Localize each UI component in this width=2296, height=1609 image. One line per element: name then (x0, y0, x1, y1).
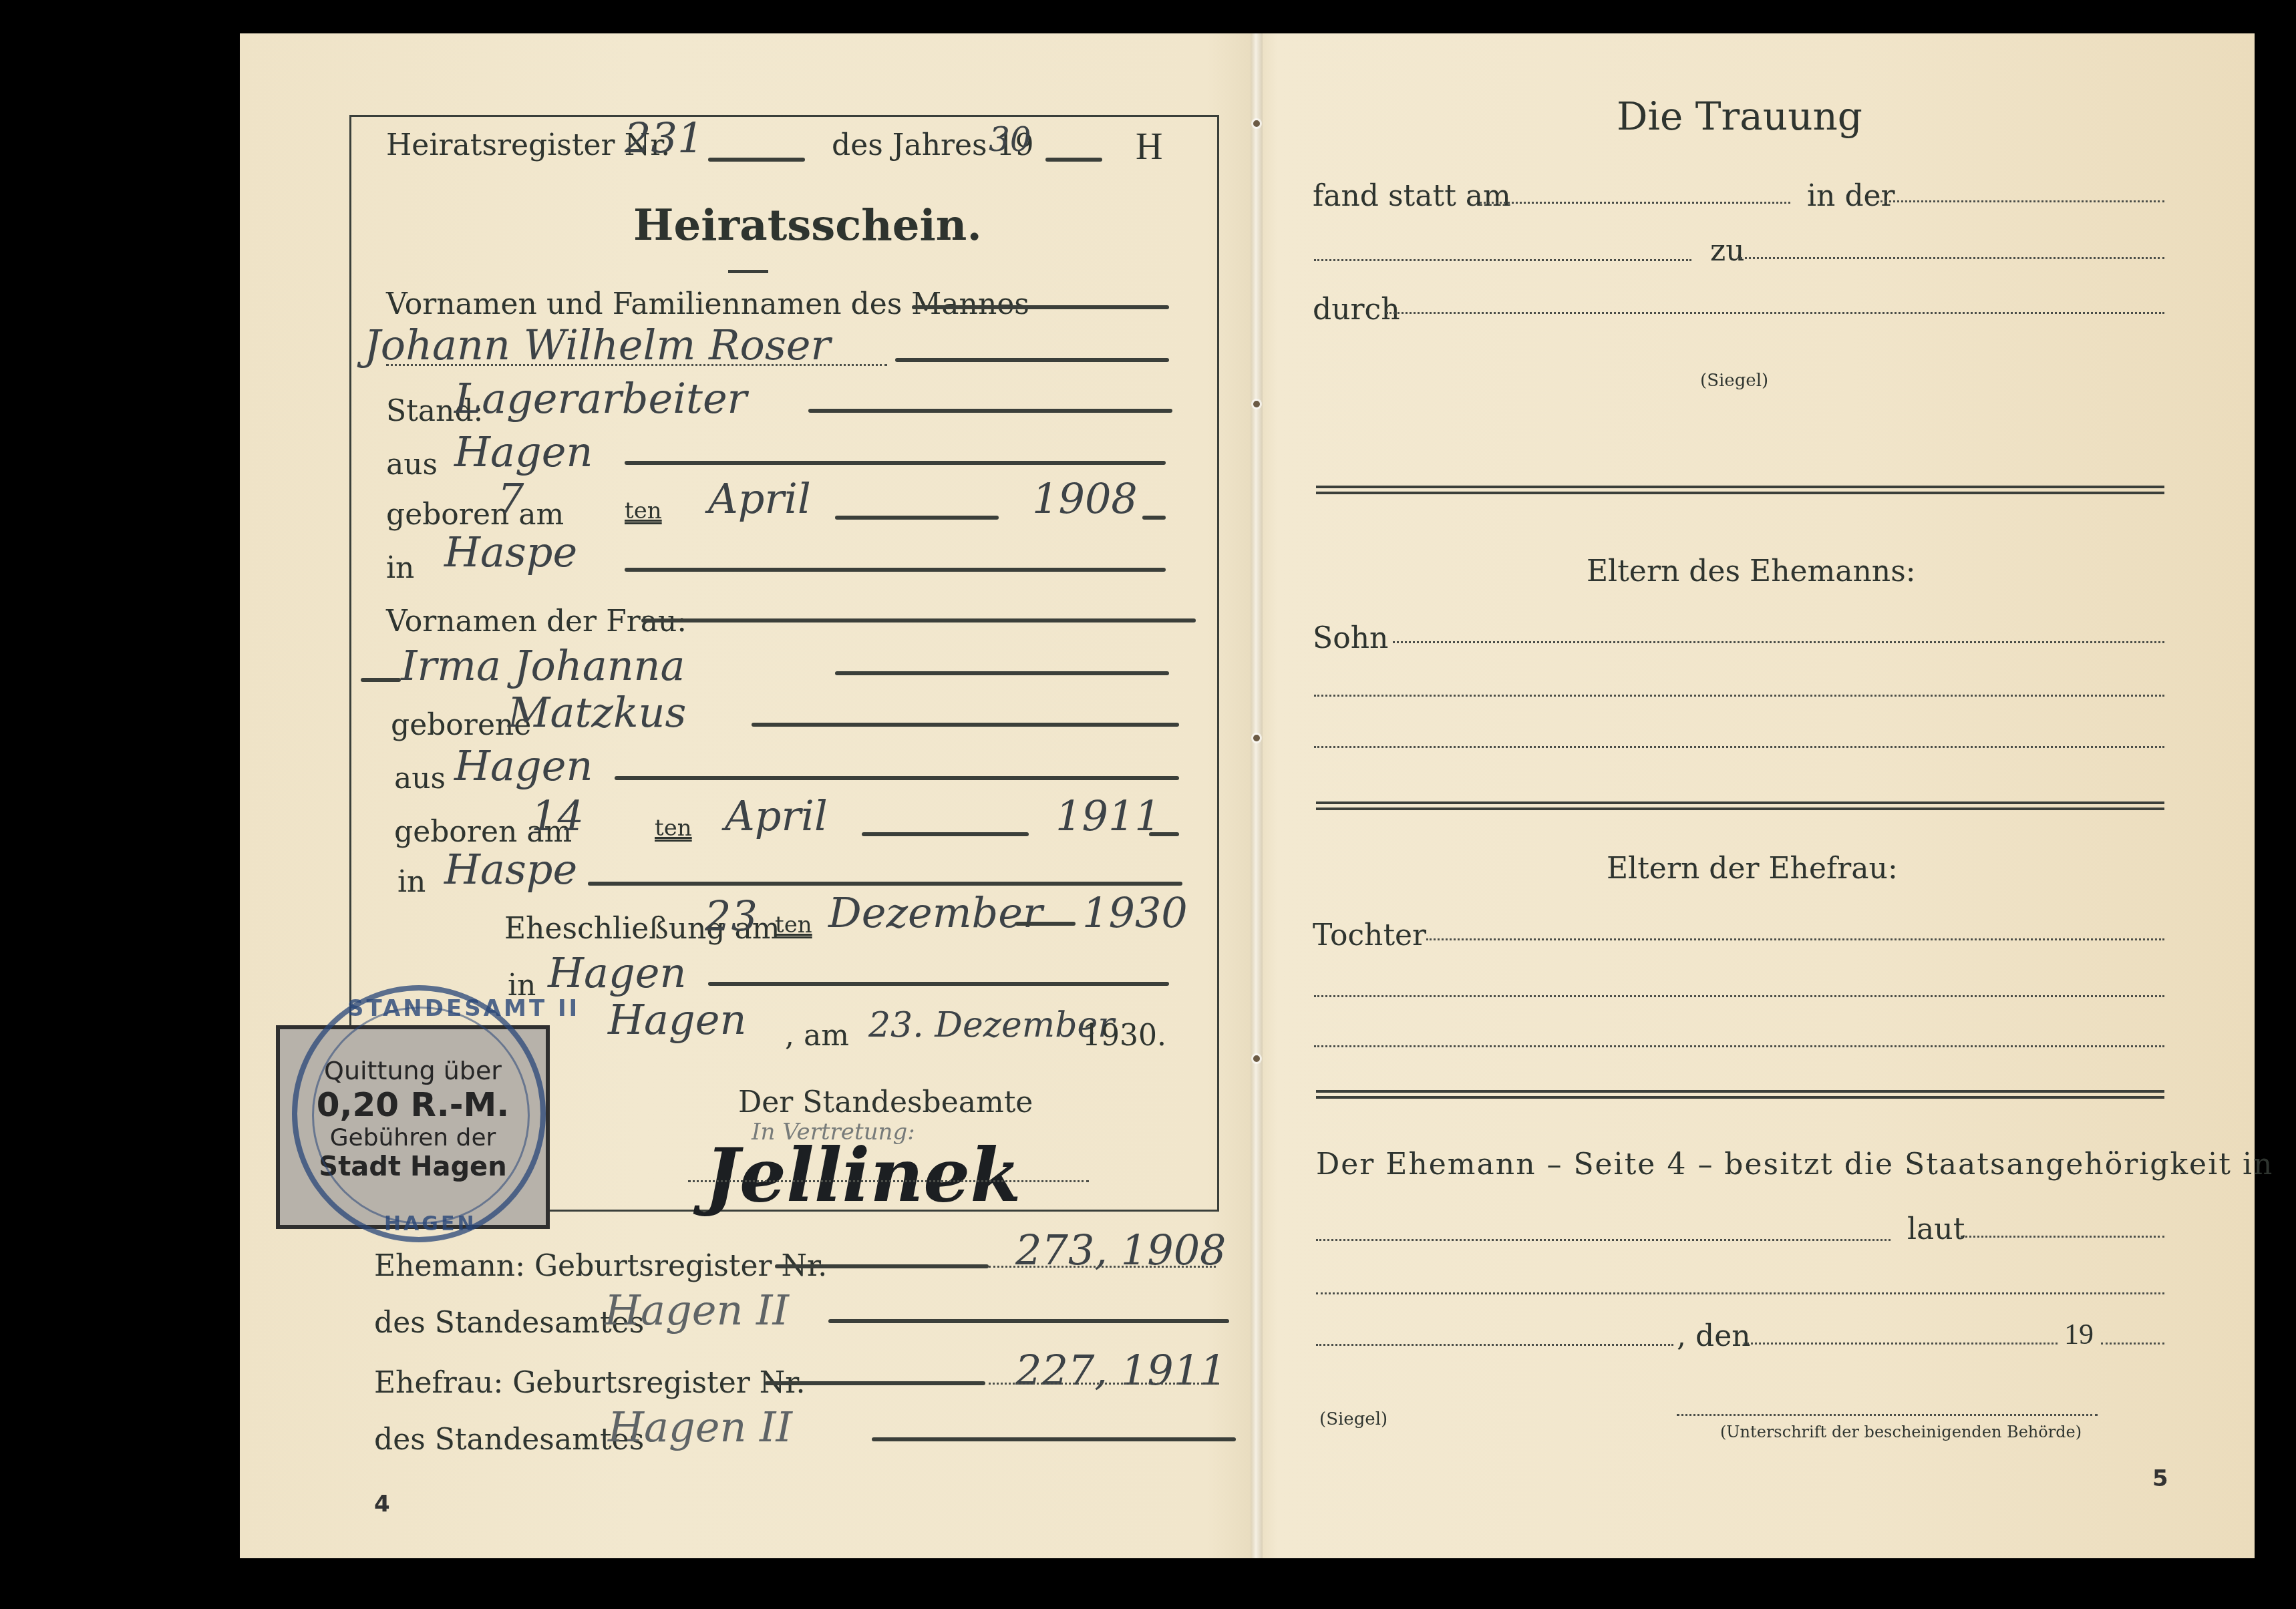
citizenship-text: Der Ehemann – Seite 4 – besitzt die Staa… (1316, 1147, 2273, 1182)
laut-label: laut (1907, 1212, 1965, 1246)
fill-line (1142, 516, 1166, 520)
book-spine (1251, 33, 1263, 1558)
register-number-value: 231 (625, 114, 703, 162)
fill-line (828, 1319, 1229, 1323)
church-field (1880, 200, 2164, 202)
issued-year: 1930. (1082, 1019, 1166, 1053)
wife-in-label: in (397, 865, 426, 899)
husband-born-day: 7 (498, 474, 524, 523)
seal-top-text: STANDESAMT II (347, 995, 580, 1022)
stitch-mark (1253, 735, 1260, 741)
fill-line (1045, 158, 1102, 162)
wife-name-value: Irma Johanna (401, 641, 685, 690)
husband-parents-field (1314, 695, 2164, 697)
wedding-title: Die Trauung (1617, 94, 1862, 139)
certificate-title: Heiratsschein. (633, 200, 982, 250)
seal-label-top: (Siegel) (1700, 371, 1768, 391)
year-value: 30 (989, 120, 1031, 159)
wife-parents-title: Eltern der Ehefrau: (1607, 852, 1898, 886)
maiden-value: Matzkus (508, 688, 686, 737)
husband-office-label: des Standesamtes (374, 1306, 644, 1340)
marriage-year: 1930 (1082, 888, 1188, 937)
husband-parents-field (1393, 641, 2164, 643)
husband-born-label: geboren am (386, 498, 564, 532)
husband-aus-value: Hagen (454, 427, 593, 476)
dotted-line (989, 1266, 1216, 1268)
husband-name-label: Vornamen und Familiennamen des Mannes (386, 287, 1029, 321)
issued-am-label: , am (785, 1019, 849, 1053)
husband-ten-label: ten (625, 498, 662, 524)
year-prefix: 19 (2064, 1317, 2094, 1351)
fill-line (361, 678, 401, 682)
fill-line (752, 723, 1179, 727)
issued-place: Hagen (608, 995, 746, 1044)
dotted-line (386, 364, 887, 366)
fill-line (625, 461, 1166, 465)
location-field (1740, 257, 2164, 259)
stand-value: Lagerarbeiter (454, 374, 747, 423)
fill-line (1149, 832, 1179, 836)
wife-ten-label: ten (655, 815, 692, 842)
fill-line (862, 832, 1029, 836)
wife-office-label: des Standesamtes (374, 1423, 644, 1457)
fill-line (895, 358, 1169, 362)
signature-caption: (Unterschrift der bescheinigenden Behörd… (1720, 1423, 2082, 1441)
marriage-day: 23 (705, 892, 758, 940)
fill-line (1015, 922, 1076, 926)
signature-field (1677, 1414, 2098, 1416)
den-label: , den (1677, 1319, 1751, 1353)
durch-label: durch (1313, 293, 1400, 327)
wife-born-place: Haspe (444, 845, 577, 894)
stitch-mark (1253, 401, 1260, 407)
form-letter: H (1136, 126, 1162, 168)
issued-date: 23. Dezember (868, 1005, 1114, 1045)
fill-line (615, 776, 1179, 780)
wife-birth-register-label: Ehefrau: Geburtsregister Nr. (374, 1366, 806, 1400)
double-rule (1316, 1090, 2164, 1099)
fand-statt-label: fand statt am (1313, 179, 1511, 213)
official-seal-inner-ring (312, 1007, 530, 1224)
fill-line (835, 516, 999, 520)
location-field (1314, 259, 1691, 261)
wife-parents-field (1314, 995, 2164, 997)
dotted-line (688, 1180, 1089, 1182)
in-der-label: in der (1807, 179, 1895, 213)
wife-born-month: April (725, 791, 828, 840)
fill-line (708, 982, 1169, 986)
marriage-ten-label: ten (775, 912, 812, 938)
citizenship-field (1316, 1292, 2164, 1294)
officiant-field (1386, 312, 2164, 314)
wife-office-value: Hagen II (608, 1403, 792, 1451)
fill-line (808, 409, 1172, 413)
husband-aus-label: aus (386, 448, 438, 482)
wife-parents-field (1426, 938, 2164, 940)
fill-line (625, 568, 1166, 572)
wife-aus-label: aus (394, 761, 446, 795)
fill-line (588, 882, 1182, 886)
double-rule (1316, 486, 2164, 494)
issue-date-field (1744, 1343, 2058, 1345)
zu-label: zu (1710, 234, 1745, 268)
fill-line (912, 305, 1169, 309)
official-title: Der Standesbeamte (738, 1085, 1033, 1119)
citizenship-field (1316, 1239, 1891, 1241)
husband-parents-field (1314, 746, 2164, 748)
husband-born-year: 1908 (1032, 474, 1138, 523)
wife-parents-field (1314, 1045, 2164, 1047)
issue-place-field (1316, 1344, 1673, 1346)
husband-birth-register-label: Ehemann: Geburtsregister Nr. (374, 1249, 827, 1283)
dotted-line (989, 1383, 1219, 1385)
sohn-label: Sohn (1313, 621, 1388, 655)
double-rule (1316, 801, 2164, 810)
page-number-right: 5 (2152, 1465, 2168, 1492)
husband-name-value: Johann Wilhelm Roser (364, 321, 830, 369)
marriage-place: Hagen (548, 948, 686, 997)
document-reference-field (1961, 1236, 2164, 1238)
page-number-left: 4 (374, 1491, 390, 1517)
husband-in-label: in (386, 551, 414, 585)
fill-line (708, 158, 805, 162)
issue-year-field (2101, 1343, 2164, 1345)
seal-bottom-text: HAGEN (384, 1212, 477, 1236)
official-signature: Jellinek (705, 1132, 1021, 1218)
husband-born-month: April (708, 474, 811, 523)
stitch-mark (1253, 120, 1260, 127)
wife-born-day: 14 (531, 791, 584, 840)
wife-born-year: 1911 (1055, 791, 1161, 840)
fill-line (775, 1264, 989, 1268)
seal-label-bottom: (Siegel) (1319, 1409, 1387, 1429)
date-field (1480, 202, 1790, 204)
marriage-month: Dezember (828, 888, 1043, 937)
husband-office-value: Hagen II (605, 1286, 789, 1334)
fill-line (765, 1381, 985, 1385)
tochter-label: Tochter (1313, 918, 1426, 952)
husband-born-place: Haspe (444, 528, 577, 576)
husband-parents-title: Eltern des Ehemanns: (1587, 554, 1916, 588)
stitch-mark (1253, 1055, 1260, 1062)
wife-birth-register-value: 227, 1911 (1015, 1346, 1226, 1395)
fill-line (835, 671, 1169, 675)
fill-line (641, 618, 1196, 622)
wife-aus-value: Hagen (454, 741, 593, 790)
fill-line (872, 1437, 1236, 1441)
title-underline (728, 270, 768, 273)
